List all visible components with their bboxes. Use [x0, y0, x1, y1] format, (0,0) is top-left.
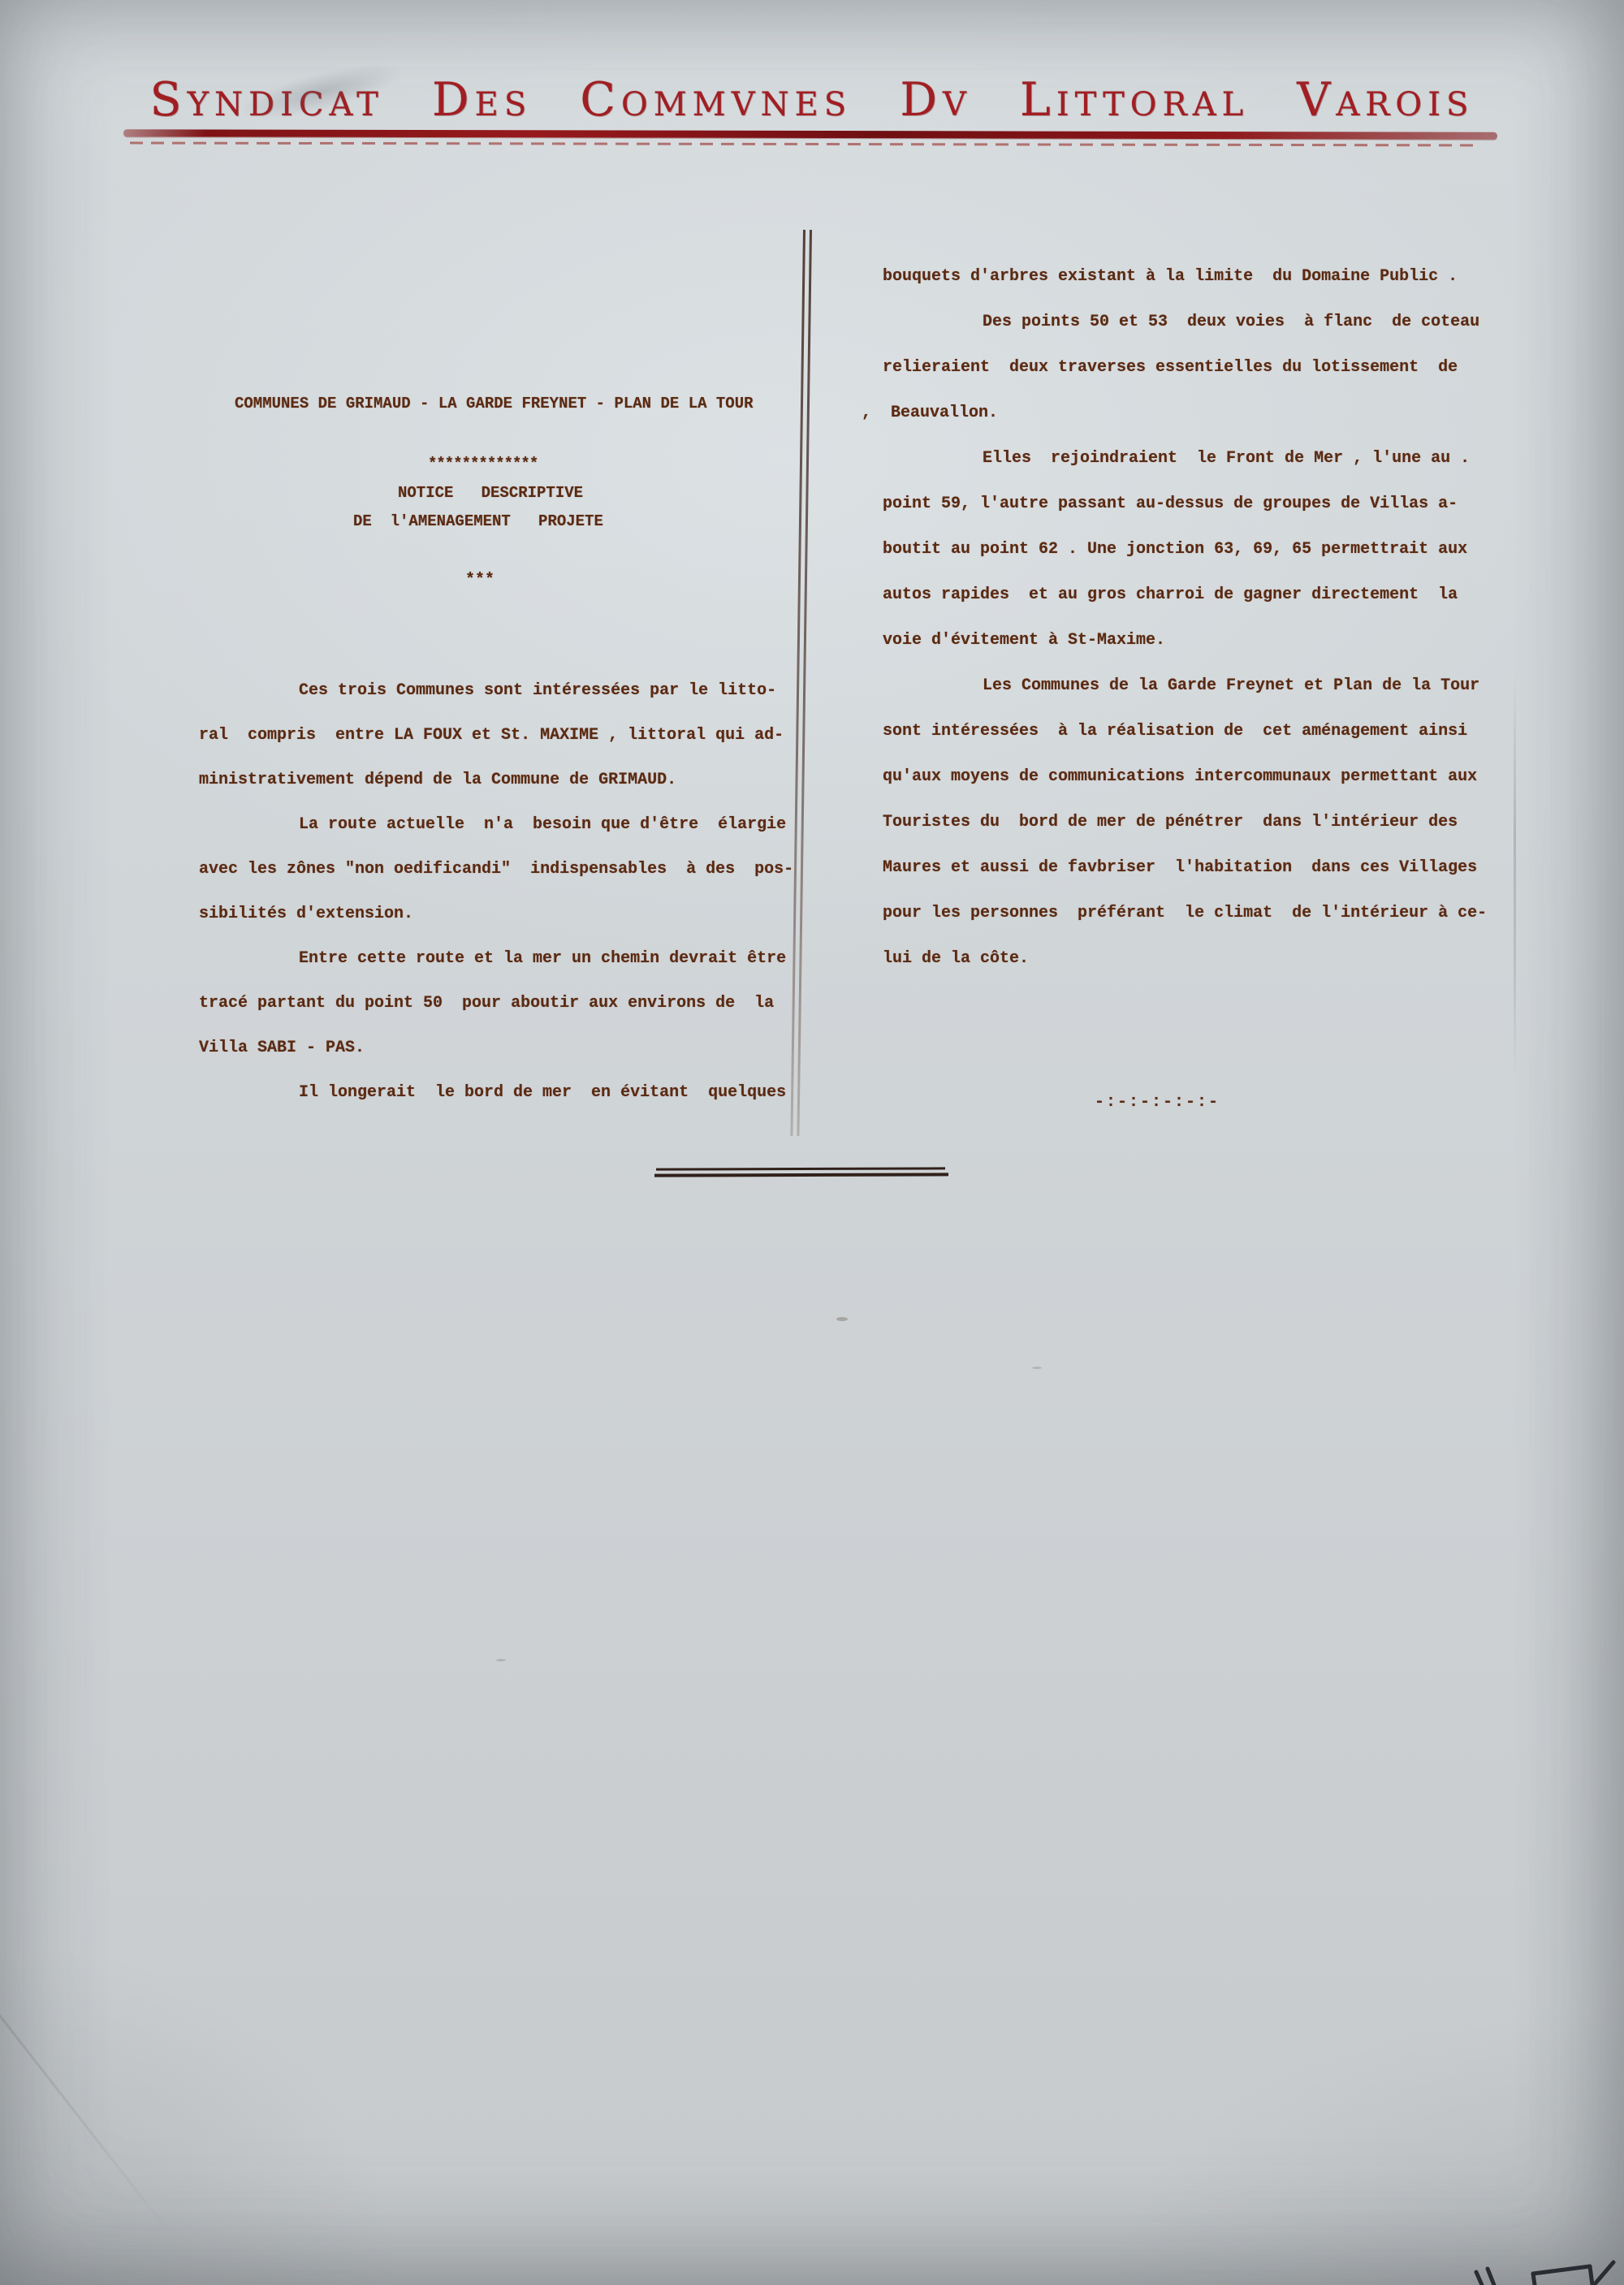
- text-line: La route actuelle n'a besoin que d'être …: [199, 805, 816, 849]
- document-title: COMMUNES DE GRIMAUD - LA GARDE FREYNET -…: [235, 395, 754, 413]
- text-line: point 59, l'autre passant au-dessus de g…: [883, 484, 1581, 529]
- text-line: lui de la côte.: [883, 939, 1581, 984]
- text-line: boutit au point 62 . Une jonction 63, 69…: [883, 529, 1581, 575]
- text-line: Touristes du bord de mer de pénétrer dan…: [883, 802, 1581, 848]
- text-line: Des points 50 et 53 deux voies à flanc d…: [883, 302, 1581, 348]
- text-line: relieraient deux traverses essentielles …: [883, 348, 1581, 393]
- text-line: qu'aux moyens de communications intercom…: [883, 757, 1581, 802]
- handwritten-mark: [1462, 2249, 1624, 2285]
- text-line: avec les zônes "non oedificandi" indispe…: [199, 849, 816, 894]
- text-line: pour les personnes préférant le climat d…: [883, 893, 1581, 939]
- text-line: Les Communes de la Garde Freynet et Plan…: [883, 666, 1581, 711]
- closing-mark: -:-:-:-:-:-: [1095, 1093, 1220, 1112]
- subtitle-separator: ***: [465, 571, 495, 590]
- document-page: Syndicat Des Commvnes Dv Littoral Varois…: [0, 0, 1624, 2285]
- title-separator: *************: [428, 455, 538, 473]
- right-column: bouquets d'arbres existant à la limite d…: [883, 257, 1581, 984]
- text-line: sibilités d'extension.: [199, 894, 816, 939]
- text-line: ral compris entre LA FOUX et St. MAXIME …: [199, 715, 816, 760]
- document-subtitle-line1: NOTICE DESCRIPTIVE: [398, 484, 583, 502]
- text-line: tracé partant du point 50 pour aboutir a…: [199, 983, 816, 1028]
- text-line: autos rapides et au gros charroi de gagn…: [883, 575, 1581, 620]
- end-rule-bottom: [654, 1173, 948, 1177]
- end-rule-top: [656, 1167, 945, 1170]
- paper-crease-bottom-left: [0, 1974, 179, 2244]
- text-line: Elles rejoindraient le Front de Mer , l'…: [883, 438, 1581, 484]
- text-line: voie d'évitement à St-Maxime.: [883, 620, 1581, 666]
- letterhead-rule-thin: [130, 142, 1478, 147]
- text-line: , Beauvallon.: [862, 393, 1581, 438]
- text-line: bouquets d'arbres existant à la limite d…: [883, 257, 1581, 302]
- letterhead-rule-thick: [123, 129, 1497, 140]
- text-line: sont intéressées à la réalisation de cet…: [883, 711, 1581, 757]
- text-line: Maures et aussi de favbriser l'habitatio…: [883, 848, 1581, 893]
- text-line: Villa SABI - PAS.: [199, 1028, 816, 1073]
- document-subtitle-line2: DE l'AMENAGEMENT PROJETE: [353, 512, 603, 530]
- text-line: Entre cette route et la mer un chemin de…: [199, 939, 816, 983]
- text-line: Ces trois Communes sont intéressées par …: [199, 671, 816, 715]
- paper-speck: [836, 1317, 848, 1321]
- text-line: Il longerait le bord de mer en évitant q…: [199, 1073, 816, 1117]
- left-column: Ces trois Communes sont intéressées par …: [199, 671, 816, 1117]
- text-line: ministrativement dépend de la Commune de…: [199, 760, 816, 805]
